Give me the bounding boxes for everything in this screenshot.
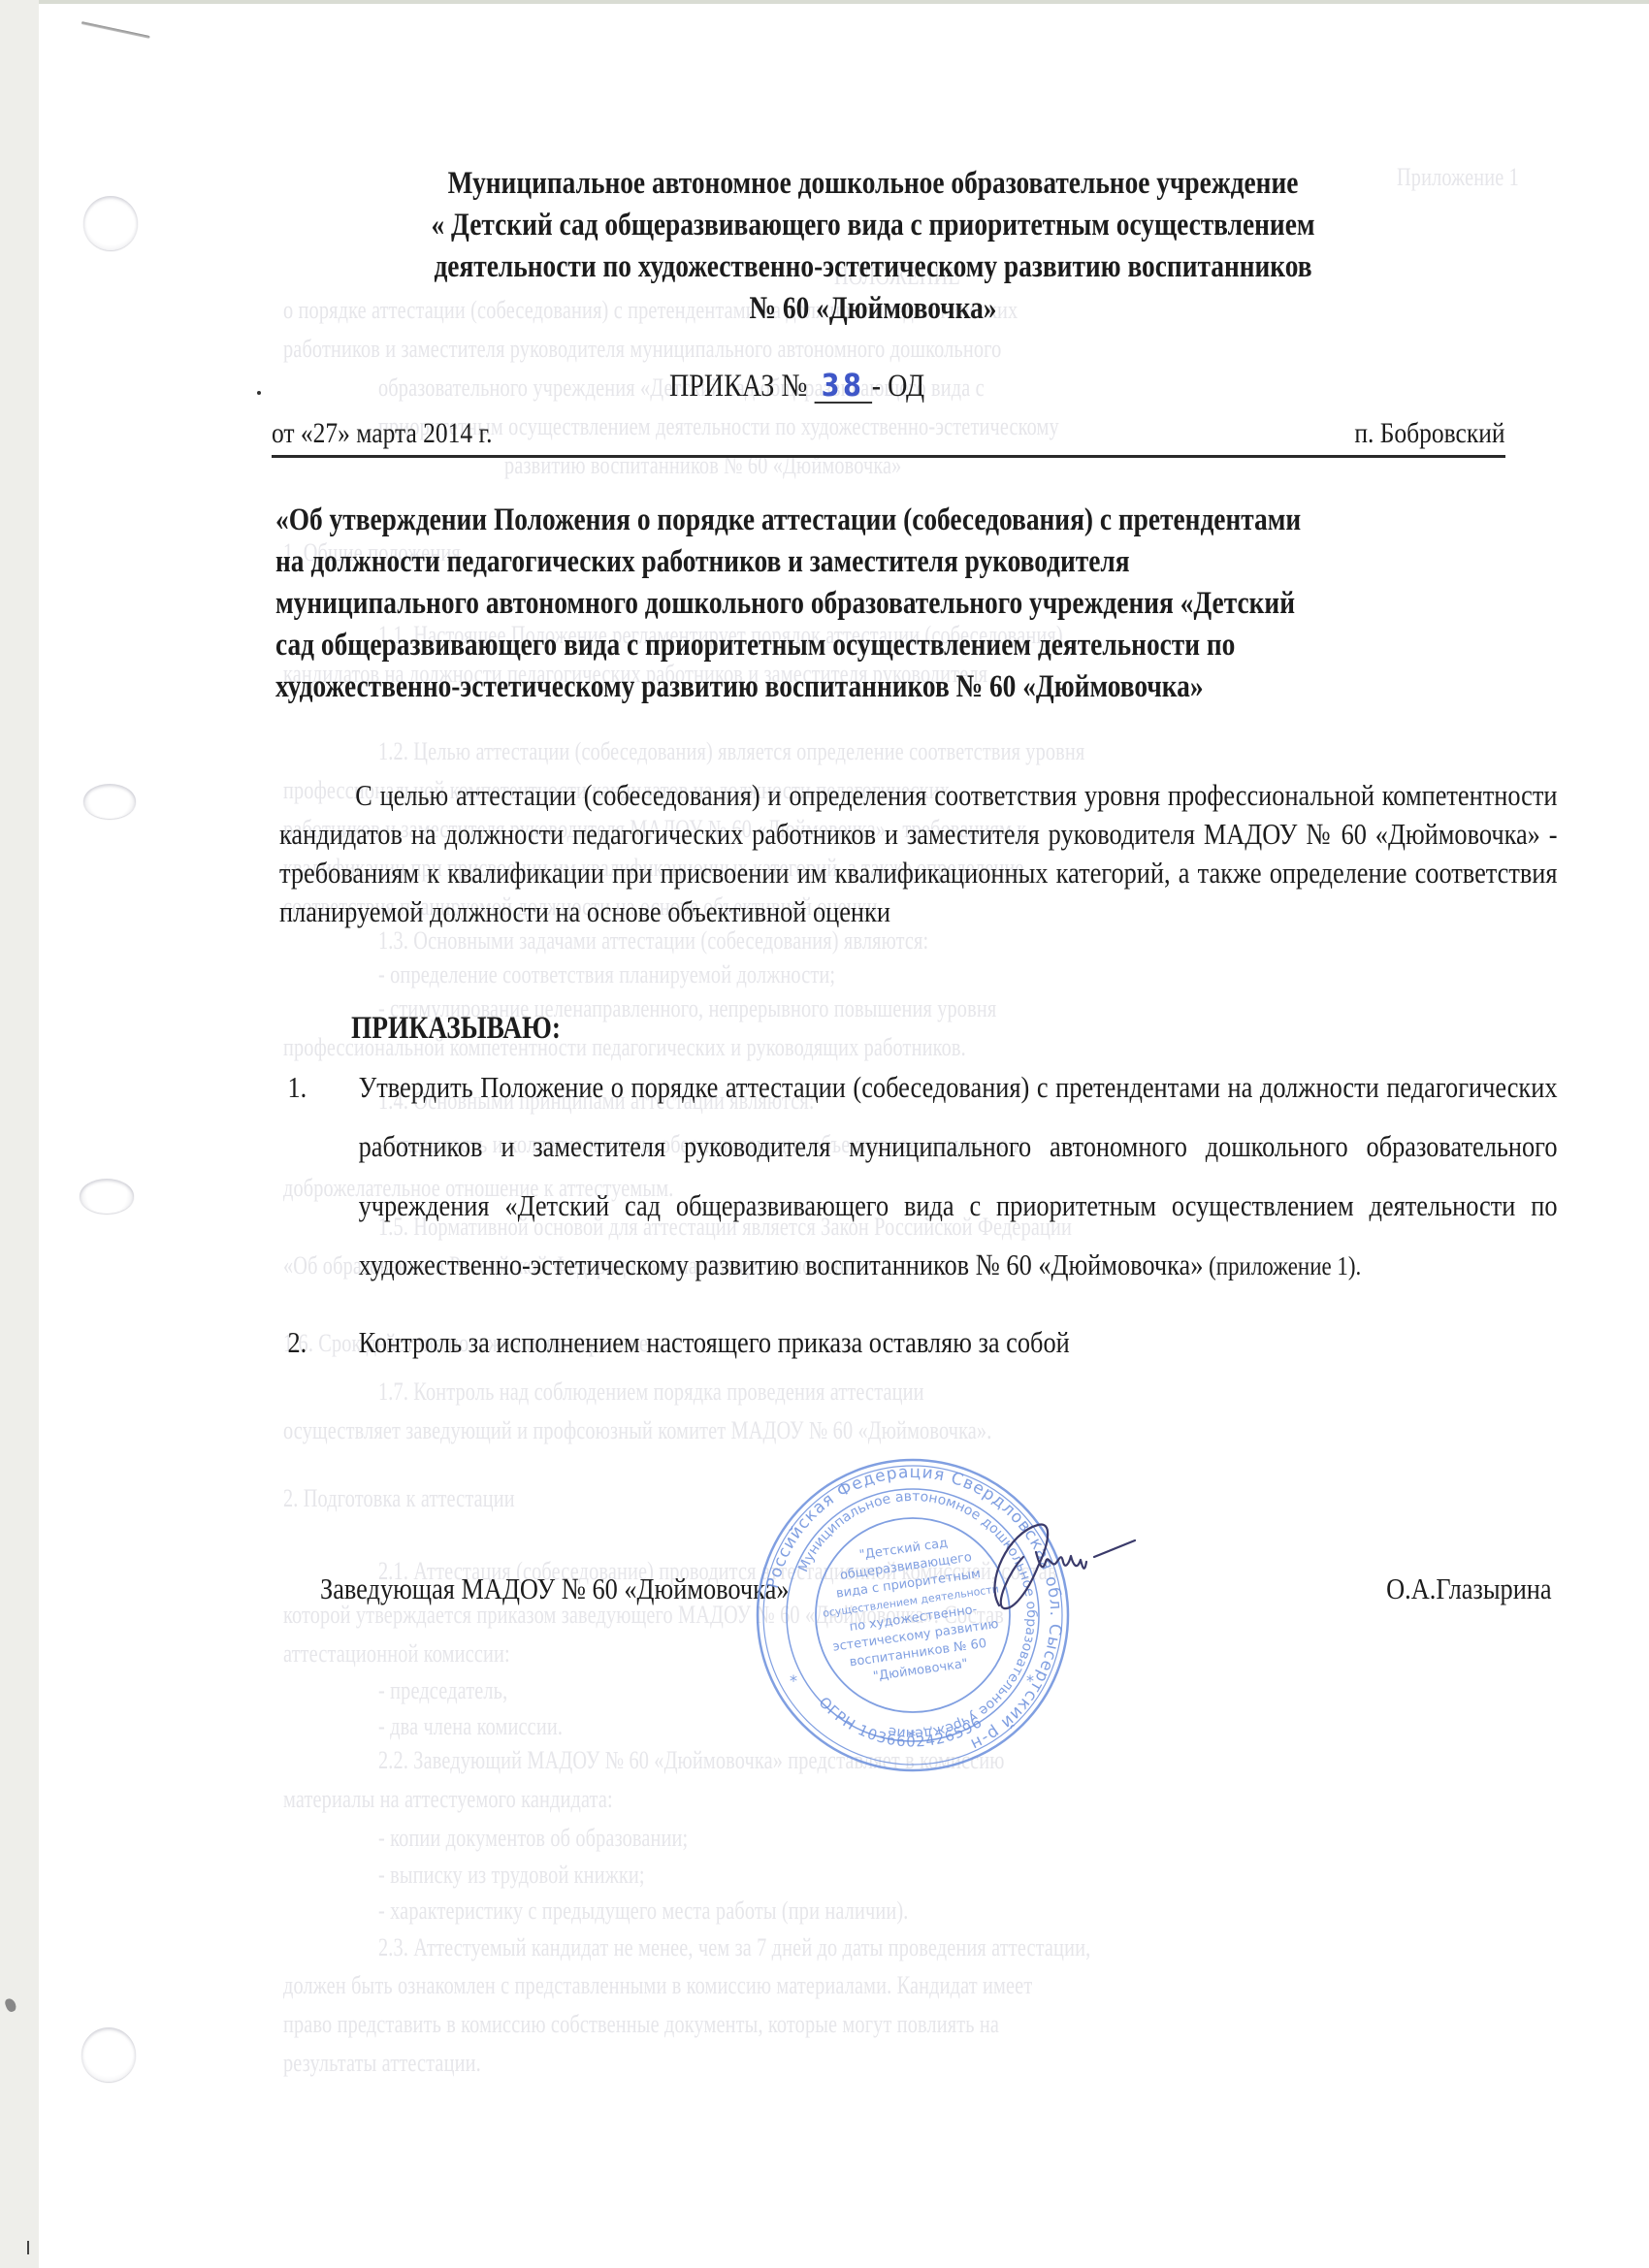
item-number: 1.: [288, 1057, 307, 1117]
document-content: Муниципальное автономное дошкольное обра…: [0, 0, 1649, 2268]
title-line: на должности педагогических работников и…: [275, 541, 1539, 583]
order-number-line: ПРИКАЗ № 38- ОД: [669, 367, 924, 405]
item-appendix-ref: (приложение 1).: [1203, 1251, 1361, 1280]
order-prefix: ПРИКАЗ №: [669, 369, 807, 404]
order-place: п. Бобровский: [1355, 414, 1505, 453]
header-line: деятельности по художественно-эстетическ…: [390, 246, 1356, 288]
header-line: « Детский сад общеразвивающего вида с пр…: [390, 205, 1356, 246]
institution-header: Муниципальное автономное дошкольное обра…: [390, 163, 1356, 330]
item-text: Контроль за исполнением настоящего прика…: [359, 1325, 1070, 1359]
title-line: художественно-эстетическому развитию вос…: [275, 666, 1539, 708]
signatory-position: Заведующая МАДОУ № 60 «Дюймовочка»: [320, 1570, 789, 1608]
svg-text:*: *: [790, 1671, 797, 1690]
handwritten-signature-icon: [980, 1513, 1145, 1620]
date-place-row: от «27» марта 2014 г. п. Бобровский: [272, 412, 1505, 458]
order-title: «Об утверждении Положения о порядке атте…: [275, 500, 1539, 708]
order-item: 2. Контроль за исполнением настоящего пр…: [279, 1323, 1558, 1362]
order-number-handwritten: 38: [814, 369, 872, 404]
order-item: 1. Утвердить Положение о порядке аттеста…: [279, 1057, 1558, 1296]
scan-dot: [257, 391, 261, 395]
preamble-paragraph: С целью аттестации (собеседования) и опр…: [279, 776, 1558, 931]
item-number: 2.: [288, 1323, 307, 1362]
title-line: «Об утверждении Положения о порядке атте…: [275, 500, 1539, 541]
title-line: муниципального автономного дошкольного о…: [275, 583, 1539, 625]
header-line: № 60 «Дюймовочка»: [390, 288, 1356, 330]
title-line: сад общеразвивающего вида с приоритетным…: [275, 625, 1539, 666]
svg-text:*: *: [1026, 1671, 1034, 1690]
order-date: от «27» марта 2014 г.: [272, 414, 492, 453]
order-items-list: 1. Утвердить Положение о порядке аттеста…: [279, 1057, 1558, 1362]
signatory-name: О.А.Глазырина: [1386, 1570, 1552, 1608]
order-suffix: - ОД: [872, 369, 924, 404]
svg-text:*: *: [908, 1727, 916, 1745]
item-text: Утвердить Положение о порядке аттестации…: [359, 1070, 1558, 1281]
header-line: Муниципальное автономное дошкольное обра…: [390, 163, 1356, 205]
directive-heading: ПРИКАЗЫВАЮ:: [351, 1009, 561, 1048]
